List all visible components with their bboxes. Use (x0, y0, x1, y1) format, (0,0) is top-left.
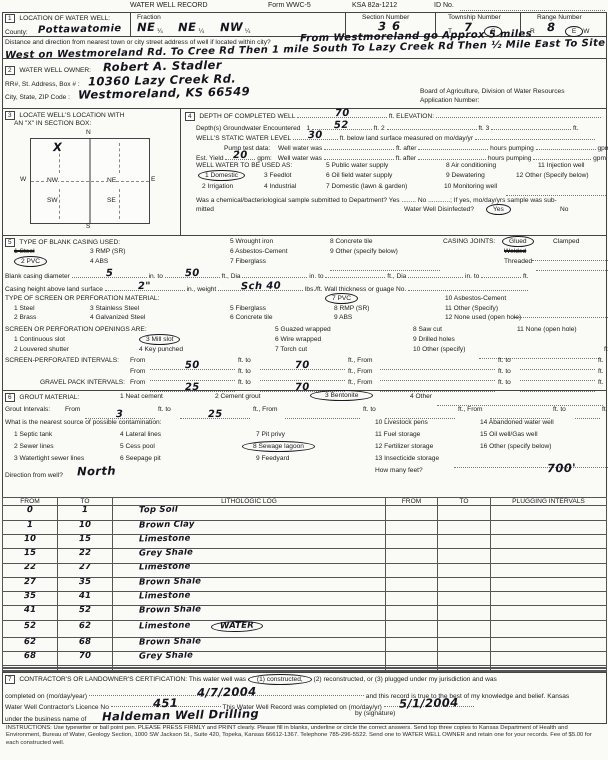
quadrant-se: SE (107, 197, 116, 204)
certification-row-1: 7 CONTRACTOR'S OR LANDOWNER'S CERTIFICAT… (5, 675, 497, 684)
screen-5: 5 Fiberglass (230, 305, 266, 312)
joint-welded-struck: Welded (504, 248, 526, 255)
section3-number: 3 (5, 111, 15, 120)
depth-number: 27 (24, 578, 36, 588)
log-cell: 22 (58, 549, 113, 563)
plugging-cell (491, 620, 607, 637)
contam-1: 1 Septic tank (14, 431, 52, 438)
depth-number: 52 (79, 606, 91, 616)
fraction-3: NW (220, 21, 243, 34)
depth-number: 0 (27, 506, 33, 515)
casing-height-row: Casing height above land surface 2" in.,… (5, 283, 528, 293)
use-6: 6 Oil field water supply (326, 172, 392, 179)
log-cell: 68 (58, 637, 113, 651)
est-www: Well water was (278, 155, 322, 162)
use-header-row: WELL WATER TO BE USED AS: 5 Public water… (196, 162, 292, 169)
wall-blank (408, 283, 528, 291)
certification-title: CONTRACTOR'S OR LANDOWNER'S CERTIFICATIO… (19, 676, 187, 683)
opening-7: 7 Torch cut (275, 346, 307, 353)
est-blank-2 (418, 152, 486, 160)
lithology-text: Limestone (139, 592, 191, 602)
opening-10-blank (479, 351, 599, 359)
lithology-text: Brown Shale (139, 577, 201, 587)
business-name-label: under the business name of (5, 716, 86, 723)
gi-ftfrom-2: ft., From (458, 406, 483, 413)
log-row: 2227Limestone (3, 563, 607, 577)
opening-9: 9 Drilled holes (413, 336, 455, 343)
log-cell: 68 (3, 652, 58, 666)
gpi-label: GRAVEL PACK INTERVALS: (40, 379, 125, 386)
est-yield-label: Est. Yield (196, 155, 224, 162)
gi-blank-3 (490, 411, 550, 419)
gw3-blank (491, 122, 571, 130)
est-blank-1 (324, 152, 394, 160)
gi-blank-1 (285, 411, 360, 419)
contam-7: 7 Pit privy (256, 431, 285, 438)
gw3-label: ft. 3 (478, 125, 489, 132)
section-grid-box: NW NE SW SE X (30, 138, 150, 224)
pump-test-row: Pump test data: Well water was ft. after… (224, 142, 608, 152)
plugging-cell (386, 637, 438, 651)
plugging-cell (386, 563, 438, 577)
log-cell: 1 (3, 520, 58, 534)
depth-number: 1 (82, 506, 88, 515)
plugging-cell (491, 520, 607, 534)
plugging-cell (386, 606, 438, 620)
signature-label: by (signature) (355, 710, 395, 717)
pump-blank-2 (418, 142, 488, 150)
log-cell: 52 (3, 620, 58, 637)
contam-9: 9 Feedyard (256, 455, 289, 462)
plugging-cell (386, 549, 438, 563)
static-label: WELL'S STATIC WATER LEVEL (196, 135, 291, 142)
contam-14: 14 Abandoned water well (480, 419, 554, 426)
contam-5: 5 Cess pool (120, 443, 155, 450)
openings-title: SCREEN OR PERFORATION OPENINGS ARE: (5, 326, 147, 333)
log-row: 6870Grey Shale (3, 652, 607, 666)
screen-2: 2 Brass (14, 314, 36, 321)
grid-dash-2 (119, 143, 120, 173)
log-cell: 15 (58, 534, 113, 548)
log-cell: 1 (58, 506, 113, 520)
quarter-3: ¼ (245, 28, 251, 35)
opening-6: 6 Wire wrapped (275, 336, 321, 343)
grout-title: GROUT MATERIAL: (19, 394, 79, 401)
disinfected-no: No (560, 206, 568, 213)
spi2-ftfrom: ft., From (348, 368, 373, 375)
log-cell: 52 (58, 606, 113, 620)
contamination-header: What is the nearest source of possible c… (5, 419, 162, 426)
depth-row: 4 DEPTH OF COMPLETED WELL 70 ft. ELEVATI… (185, 110, 601, 121)
compass-w: W (20, 176, 26, 183)
depth-number: 10 (79, 520, 91, 530)
city-label: City, State, ZIP Code : (5, 94, 70, 101)
plugging-cell (438, 549, 491, 563)
log-cell: Grey Shale (113, 549, 386, 563)
log-cell: 22 (3, 563, 58, 577)
gpi-from-label: From (130, 379, 145, 386)
well-location-x-mark: X (53, 141, 63, 154)
spi2-from-label: From (130, 368, 145, 375)
gravel-pack-row: GRAVEL PACK INTERVALS: From 25 ft. to 70… (40, 379, 125, 386)
plugging-cell (438, 670, 491, 671)
gpi-to-value: 70 (295, 382, 310, 393)
gw2-blank (387, 122, 477, 130)
dia3-ft: ft. (523, 273, 529, 280)
log-cell: 10 (3, 534, 58, 548)
log-cell: 41 (3, 606, 58, 620)
log-row: 1015Limestone (3, 534, 607, 548)
use-8: 8 Air conditioning (446, 162, 496, 169)
section1-title-row: 1 LOCATION OF WATER WELL: (5, 14, 110, 23)
plugging-cell (491, 549, 607, 563)
ksa-number: KSA 82a-1212 (352, 2, 397, 10)
screen-3: 3 Stainless Steel (90, 305, 139, 312)
log-cell: Brown Shale (113, 637, 386, 651)
feet-value: 700' (547, 462, 576, 475)
contamination-row-3: 3 Watertight sewer lines 6 Seepage pit 9… (14, 455, 84, 462)
depth-value: 70 (335, 108, 350, 119)
section5-number: 5 (5, 238, 15, 247)
section2-number: 2 (5, 66, 15, 75)
static-date-blank (475, 132, 595, 140)
screen-title: TYPE OF SCREEN OR PERFORATION MATERIAL: (5, 295, 159, 302)
gi-ft: ft. (602, 406, 608, 413)
plugging-cell (491, 670, 607, 671)
openings-row-2: 2 Louvered shutter 4 Key punched 7 Torch… (14, 346, 69, 353)
grout-other-blank (437, 398, 603, 406)
gpi-ftto-2: ft. to (498, 379, 511, 386)
screen-4: 4 Galvanized Steel (90, 314, 145, 321)
casing-title-row: 5 TYPE OF BLANK CASING USED: 5 Wrought i… (5, 238, 120, 247)
plugging-cell (386, 670, 438, 671)
dia3-blank2 (481, 270, 521, 278)
pump-hp: hours pumping (490, 145, 534, 152)
log-cell: Grey Shale (113, 652, 386, 666)
spi-label: SCREEN-PERFORATED INTERVALS: (5, 357, 119, 364)
contamination-row-2: 2 Sewer lines 5 Cess pool 8 Sewage lagoo… (14, 443, 54, 450)
casing-row-2: 1 Steel 3 RMP (SR) 6 Asbestos-Cement 9 O… (14, 248, 35, 255)
gw1-value: 52 (334, 120, 349, 131)
est-yield-row: Est. Yield 20 gpm: Well water was ft. af… (196, 152, 606, 162)
plugging-cell (386, 577, 438, 591)
casing-diameter-row: Blank casing diameter 5 in. to 50 ft., D… (5, 270, 529, 280)
weight-value: Sch 40 (240, 281, 280, 293)
log-cell: 35 (3, 592, 58, 606)
wall-label: lbs./ft. Wall thickness or guage No. (305, 286, 406, 293)
screen-11: 11 Other (Specify) (445, 305, 498, 312)
est-yield-value: 20 (233, 150, 248, 161)
section3-title-text: LOCATE WELL'S LOCATION WITH (19, 112, 124, 119)
log-header-from2: FROM (386, 498, 438, 506)
compass-n: N (86, 129, 91, 136)
spi2-blank-2 (260, 373, 345, 381)
lithology-text: Limestone (139, 534, 191, 544)
log-header-to: TO (58, 498, 113, 506)
spi2-blank-1 (150, 373, 235, 381)
log-row: 2735Brown Shale (3, 577, 607, 591)
contam-3: 3 Watertight sewer lines (14, 455, 84, 462)
opening-4: 4 Key punched (139, 346, 183, 353)
spi-ftto-2: ft. to (498, 357, 511, 364)
opening-11: 11 None (open hole) (517, 326, 577, 333)
water-annotation-circled: WATER (210, 621, 262, 633)
direction-label: Direction from well? (5, 472, 63, 479)
range-values: R 8 EW (530, 23, 590, 36)
gw-ft: ft. (573, 125, 579, 132)
casing-title: TYPE OF BLANK CASING USED: (19, 239, 120, 246)
casing-row-3: 2 PVC 4 ABS 7 Fiberglass Threaded (14, 258, 47, 265)
gpi-from-value: 25 (185, 382, 200, 393)
groundwater-label: Depth(s) Groundwater Encountered (196, 125, 300, 132)
spi2-blank-4 (520, 373, 595, 381)
log-row: 1522Grey Shale (3, 549, 607, 563)
log-cell: Brown Shale (113, 577, 386, 591)
depth-number: 70 (79, 652, 91, 662)
screen-8: 8 RMP (SR) (334, 305, 369, 312)
use-11: 11 Injection well (538, 162, 584, 169)
depth-number: 68 (24, 652, 36, 662)
grid-dash-4 (119, 189, 120, 219)
screen-intervals-row-1: SCREEN-PERFORATED INTERVALS: From 50 ft.… (5, 357, 119, 364)
spi2-ftto-2: ft. to (498, 368, 511, 375)
section3-title-2: AN "X" IN SECTION BOX: (14, 120, 91, 127)
form-title: WATER WELL RECORD (130, 2, 208, 10)
pump-blank-1 (324, 142, 394, 150)
plugging-cell (386, 620, 438, 637)
est-ftafter: ft. after (396, 155, 417, 162)
plugging-cell (438, 606, 491, 620)
screen-9: 9 ABS (334, 314, 352, 321)
height-value: 2" (138, 281, 151, 292)
feet-label: How many feet? (375, 467, 423, 474)
fraction-1: NE (137, 21, 156, 34)
log-cell: 62 (3, 637, 58, 651)
lithology-text: Brown Shale (139, 637, 201, 647)
opening-5: 5 Guazed wrapped (275, 326, 331, 333)
depth-number: 15 (79, 535, 91, 545)
quadrant-ne: NE (107, 177, 116, 184)
screen-11-blank (514, 310, 608, 318)
screen-row-1: 1 Steel 3 Stainless Steel 5 Fiberglass 8… (14, 305, 35, 312)
depth-number: 22 (24, 563, 36, 573)
openings-row-1: 1 Continuous slot 3 Mill slot 6 Wire wra… (14, 336, 65, 343)
spi-from-value: 50 (185, 360, 200, 371)
section7-number: 7 (5, 675, 15, 684)
plugging-cell (438, 506, 491, 520)
log-cell: 27 (58, 563, 113, 577)
direction-row: Direction from well? North How many feet… (5, 467, 147, 480)
depth-number: 68 (79, 638, 91, 648)
fraction-2: NE (178, 21, 197, 34)
depth-label: DEPTH OF COMPLETED WELL (199, 113, 295, 120)
spi-to-value: 70 (295, 360, 310, 371)
chem-sample-row-2: mitted Water Well Disinfected? Yes No (196, 206, 214, 213)
plugging-cell (491, 606, 607, 620)
log-cell (3, 670, 58, 671)
contam-12: 12 Fertilizer storage (375, 443, 433, 450)
gi-blank-2 (385, 411, 455, 419)
contamination-row-1: 1 Septic tank 4 Lateral lines 7 Pit priv… (14, 431, 52, 438)
log-cell: LimestoneWATER (113, 620, 386, 637)
lithology-text: Limestone (139, 622, 191, 632)
plugging-cell (491, 637, 607, 651)
depth-number: 41 (24, 606, 36, 616)
pump-gpm: gpm (597, 145, 608, 152)
casing-joints-label: CASING JOINTS: (443, 238, 495, 245)
gpi-blank-1 (380, 384, 495, 392)
log-header-litho: LITHOLOGIC LOG (113, 498, 386, 506)
dia2-blank1 (242, 270, 307, 278)
board-label: Board of Agriculture, Division of Water … (420, 88, 565, 95)
grid-dash-3 (59, 189, 60, 219)
log-cell: Brown Clay (113, 520, 386, 534)
spi-ft: ft. (598, 357, 604, 364)
casing-5: 5 Wrought iron (230, 238, 273, 245)
screen-1: 1 Steel (14, 305, 35, 312)
grout-2: 2 Cement grout (215, 393, 260, 400)
height-label: Casing height above land surface (5, 286, 103, 293)
casing-8: 8 Concrete tile (330, 238, 373, 245)
compass-s: S (86, 223, 90, 230)
quadrant-sw: SW (47, 197, 58, 204)
lithologic-log-table: FROM TO LITHOLOGIC LOG FROM TO PLUGGING … (2, 497, 607, 672)
log-cell: 35 (58, 577, 113, 591)
diameter-to-value: 50 (185, 268, 200, 279)
log-cell: 62 (58, 620, 113, 637)
certification-row-4: under the business name of Haldeman Well… (5, 710, 389, 725)
screen-material-header: TYPE OF SCREEN OR PERFORATION MATERIAL: … (5, 295, 159, 302)
groundwater-row: Depth(s) Groundwater Encountered 1 52 ft… (196, 122, 579, 132)
log-cell: Limestone (113, 592, 386, 606)
gi-blank-4 (575, 411, 600, 419)
quarter-1: ¼ (157, 28, 163, 35)
joint-glued-circled: Glued (502, 236, 534, 247)
log-cell: Brown Shale (113, 606, 386, 620)
range-w: W (583, 28, 589, 35)
cert-text-c: (2) reconstructed, or (3) plugged under … (314, 676, 497, 683)
casing-9: 9 Other (specify below) (330, 248, 398, 255)
log-cell (58, 670, 113, 671)
depth-number: 22 (79, 549, 91, 559)
pump-ftafter: ft. after (396, 145, 417, 152)
range-direction-circled: E (565, 26, 583, 37)
log-row (3, 670, 607, 671)
opening-2: 2 Louvered shutter (14, 346, 69, 353)
plugging-cell (438, 577, 491, 591)
lithology-text: Brown Shale (139, 606, 201, 616)
log-row: 5262LimestoneWATER (3, 620, 607, 637)
est-gpm: gpm (593, 155, 606, 162)
dia3-into: in. to (465, 273, 479, 280)
est-hp: hours pumping (488, 155, 532, 162)
opening-1: 1 Continuous slot (14, 336, 65, 343)
log-cell: Limestone (113, 534, 386, 548)
contam-13: 13 Insecticide storage (375, 455, 439, 462)
gi-ftto-2: ft. to (363, 406, 376, 413)
depth-number: 35 (24, 592, 36, 602)
contamination-label: What is the nearest source of possible c… (5, 419, 162, 426)
grout-title-row: 6 GROUT MATERIAL: 1 Neat cement 2 Cement… (5, 393, 79, 402)
township-label: Township Number (448, 14, 501, 21)
contam-2: 2 Sewer lines (14, 443, 54, 450)
dia2-into: in. to (309, 273, 323, 280)
plugging-cell (491, 534, 607, 548)
plugging-cell (438, 534, 491, 548)
plugging-cell (438, 620, 491, 637)
spi-ftto: ft. to (238, 357, 251, 364)
use-7: 7 Domestic (lawn & garden) (326, 183, 407, 190)
diameter-value: 5 (105, 268, 113, 279)
county-row: County: Pottawatomie (5, 26, 121, 37)
lithology-text: Brown Clay (139, 520, 195, 530)
pump-www: Well water was (278, 145, 322, 152)
record-date: 5/1/2004 (399, 696, 459, 710)
log-cell: 27 (3, 577, 58, 591)
range-number: 8 (546, 21, 555, 34)
plugging-cell (386, 520, 438, 534)
gi-ftto-3: ft. to (553, 406, 566, 413)
opening-8: 8 Saw cut (413, 326, 442, 333)
section1-number: 1 (5, 14, 15, 23)
log-cell: 15 (3, 549, 58, 563)
log-row: 3541Limestone (3, 592, 607, 606)
spi-blank-2 (520, 362, 595, 370)
casing-4: 4 ABS (90, 258, 108, 265)
plugging-cell (491, 506, 607, 520)
chem-mitted: mitted (196, 206, 214, 213)
log-cell (113, 670, 386, 671)
lithology-text: Grey Shale (139, 652, 193, 662)
contam-4: 4 Lateral lines (120, 431, 161, 438)
fraction-values: NE ¼ NE ¼ NW ¼ (137, 23, 250, 36)
disinfected-yes-circled: Yes (486, 204, 511, 215)
gpi-blank-2 (520, 384, 595, 392)
grout-intervals-row: Grout Intervals: From 3 ft. to 25 ft., F… (5, 406, 50, 413)
log-header-from: FROM (3, 498, 58, 506)
spi2-blank-3 (380, 373, 495, 381)
chem-sample-row-1: Was a chemical/bacteriological sample su… (196, 197, 557, 204)
compass-e: E (151, 176, 155, 183)
plugging-cell (386, 534, 438, 548)
log-row: 6268Brown Shale (3, 637, 607, 651)
screen-row-2: 2 Brass 4 Galvanized Steel 6 Concrete ti… (14, 314, 36, 321)
dia2-ftdia: ft., Dia (387, 273, 406, 280)
opening-10: 10 Other (specify) (413, 346, 465, 353)
range-label: Range Number (537, 14, 582, 21)
section1-title: LOCATION OF WATER WELL: (19, 15, 110, 22)
gi-ftto: ft. to (158, 406, 171, 413)
diameter-ftdia: ft., Dia (222, 273, 241, 280)
log-cell: 0 (3, 506, 58, 520)
log-header-plugging: PLUGGING INTERVALS (491, 498, 607, 506)
grout-1: 1 Neat cement (120, 393, 163, 400)
application-number-label: Application Number: (420, 97, 479, 104)
casing-6: 6 Asbestos-Cement (230, 248, 288, 255)
est-gpm-label: gpm: (257, 155, 272, 162)
county-value: Pottawatomie (37, 23, 121, 36)
section2-title: WATER WELL OWNER: (19, 67, 91, 74)
plugging-cell (438, 652, 491, 666)
gi-ftfrom: ft., From (253, 406, 278, 413)
diameter-into: in. to (149, 273, 163, 280)
spi-from-label: From (130, 357, 145, 364)
screen-12: 12 None used (open hole) (445, 314, 521, 321)
weight-label: in., weight (187, 286, 217, 293)
contam-16: 16 Other (specify below) (480, 443, 551, 450)
plugging-cell (491, 652, 607, 666)
log-row: 4152Brown Shale (3, 606, 607, 620)
